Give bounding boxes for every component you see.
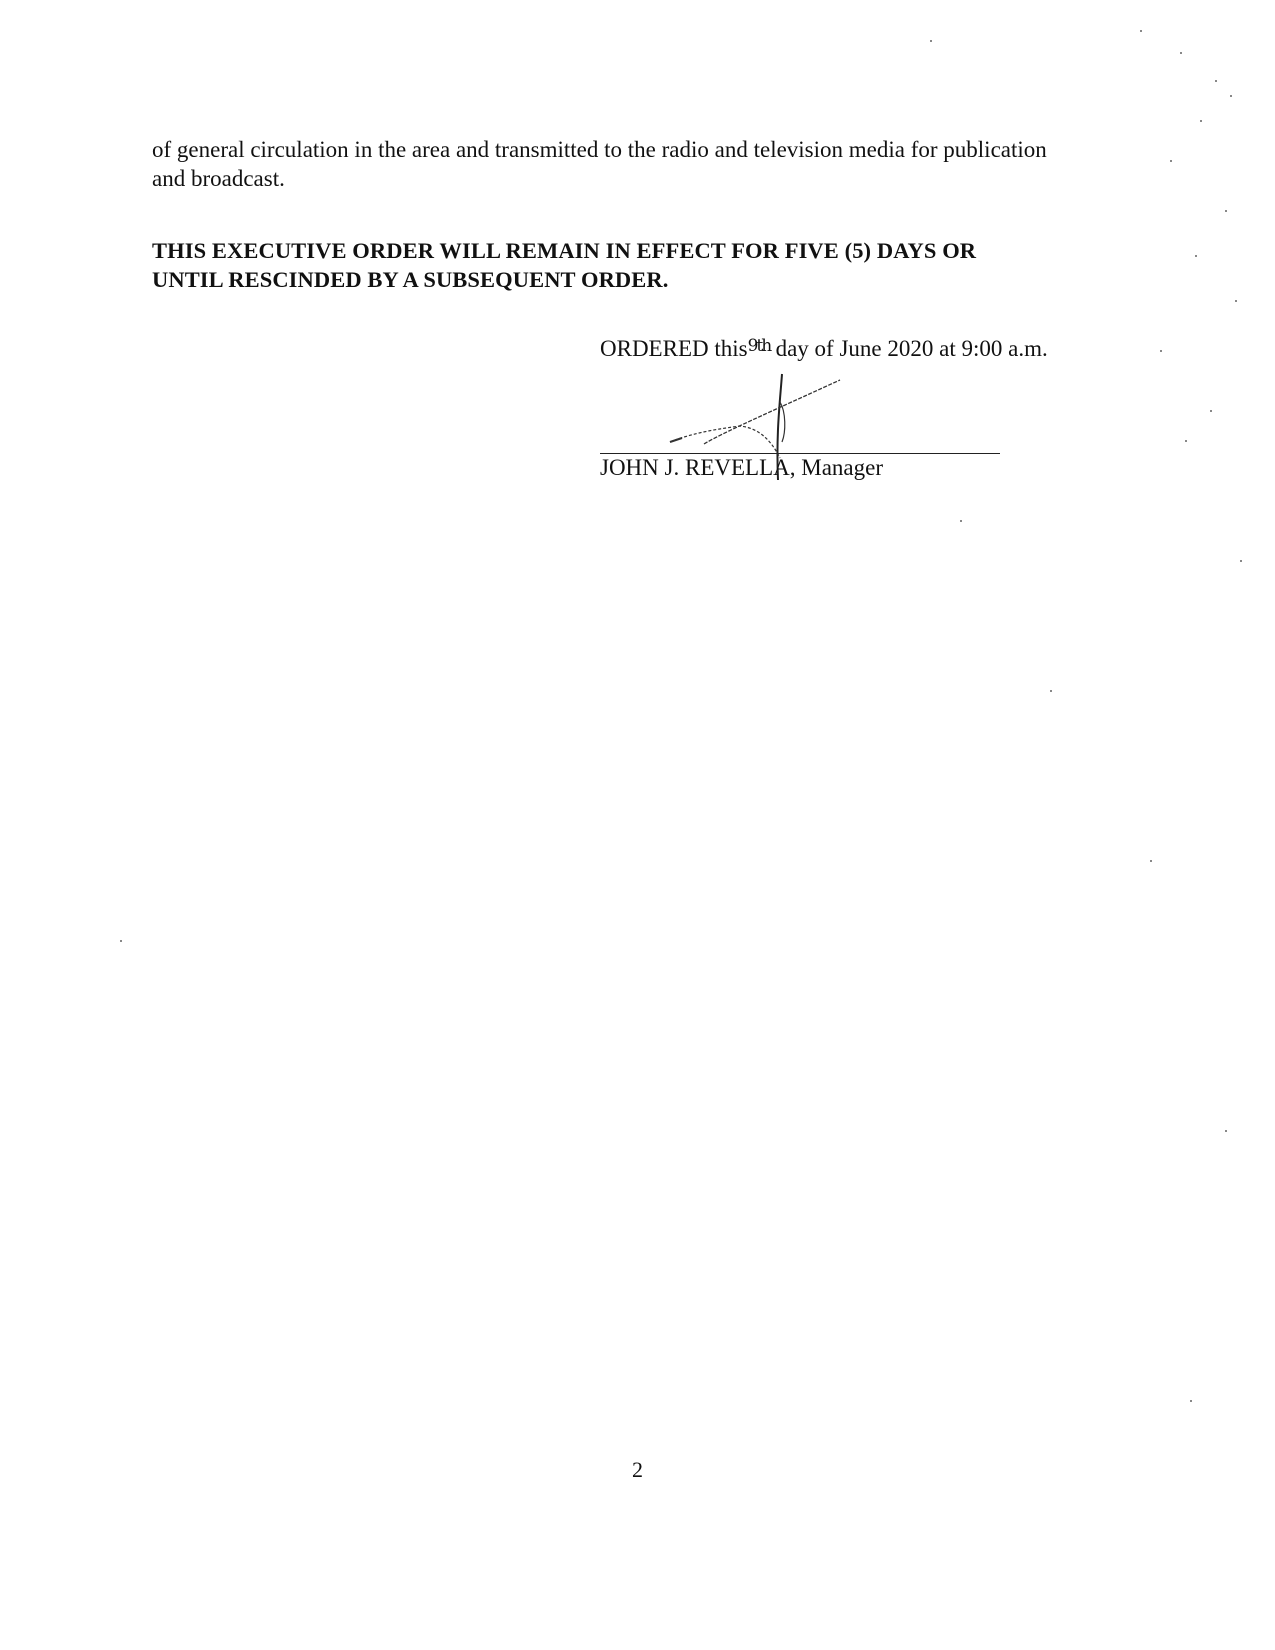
ordered-suffix: day of June 2020 at 9:00 a.m.	[776, 336, 1048, 361]
handwritten-day: 9th	[748, 336, 776, 356]
page-number: 2	[0, 1457, 1275, 1483]
paragraph-continuation: of general circulation in the area and t…	[152, 135, 1132, 193]
ordered-date-line: ORDERED this9thday of June 2020 at 9:00 …	[600, 336, 1048, 362]
effect-notice: THIS EXECUTIVE ORDER WILL REMAIN IN EFFE…	[152, 236, 1132, 294]
paragraph-line-2: and broadcast.	[152, 166, 285, 191]
paragraph-line-1: of general circulation in the area and t…	[152, 137, 1047, 162]
signer-name: JOHN J. REVELLA, Manager	[600, 455, 883, 481]
effect-notice-line-1: THIS EXECUTIVE ORDER WILL REMAIN IN EFFE…	[152, 238, 976, 263]
document-page: of general circulation in the area and t…	[0, 0, 1275, 1650]
effect-notice-line-2: UNTIL RESCINDED BY A SUBSEQUENT ORDER.	[152, 267, 668, 292]
signature-line	[600, 453, 1000, 454]
ordered-prefix: ORDERED this	[600, 336, 748, 361]
